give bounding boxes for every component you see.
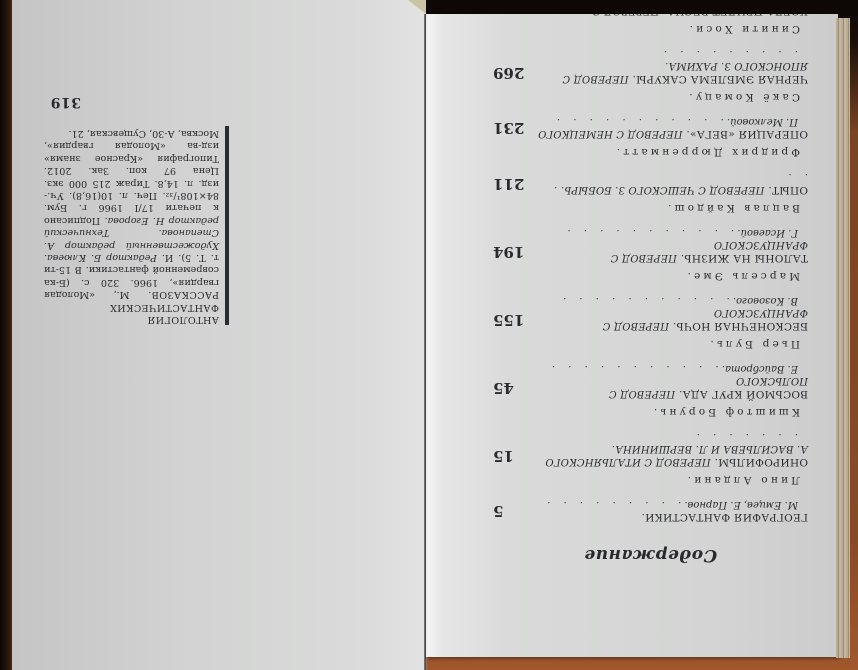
page-edges [836, 18, 850, 658]
folded-page-corner [408, 0, 426, 14]
toc-entry-title: ТАЛОНЫ НА ЖИЗНЬ. Перевод с французского [535, 238, 808, 264]
photo-scene: 319 АНТОЛОГИЯ ФАНТАСТИЧЕСКИХ РАССКАЗОВ. … [0, 0, 858, 670]
toc-entry: БЕСКОНЕЧНАЯ НОЧЬ. Перевод с французского… [493, 294, 808, 332]
gutter-highlight [427, 14, 443, 657]
toc-entry-credit: Е. Вайсброта. . . . . . . . . . . . [535, 362, 808, 374]
toc-author: Синити Хоси. [493, 23, 800, 35]
right-page-rotated-content: Содержание ГЕОГРАФИЯ ФАНТАСТИКИ. М. Емце… [426, 14, 838, 657]
colophon: АНТОЛОГИЯ ФАНТАСТИЧЕСКИХ РАССКАЗОВ. М., … [44, 127, 229, 326]
toc-author: Вацлав Кайдош. [493, 202, 800, 214]
toc-author: Сакё Комацу. [493, 91, 800, 103]
toc-page-number: 45 [493, 379, 514, 397]
toc-entry: ОПЫТ. Перевод с чешского З. Бобырь. . . … [493, 170, 808, 196]
toc-page-number: 211 [493, 175, 524, 193]
left-page-rotated-content: 319 АНТОЛОГИЯ ФАНТАСТИЧЕСКИХ РАССКАЗОВ. … [12, 0, 426, 670]
toc-page-number: 5 [493, 502, 503, 520]
toc-entry: ТАЛОНЫ НА ЖИЗНЬ. Перевод с французского … [493, 226, 808, 264]
toc-author: Кшиштоф Борунь. [493, 406, 800, 418]
toc-entry-credit: Г. Исаевой. . . . . . . . . . . . [535, 226, 808, 238]
toc-heading: Содержание [493, 545, 808, 565]
toc-entry-title: ОНИРОФИЛЬМ. Перевод с итальянского А. Ва… [535, 442, 808, 468]
toc-author: Пьер Буль. [493, 338, 800, 350]
toc-page-number: 155 [493, 311, 524, 329]
toc-entry-title: ГЕОГРАФИЯ ФАНТАСТИКИ. [535, 510, 808, 523]
toc-page-number: 15 [493, 447, 514, 465]
toc-entry: ГЕОГРАФИЯ ФАНТАСТИКИ. М. Емцев, Е. Парно… [493, 498, 808, 523]
toc-entry-credit: П. Мелковой. . . . . . . . . . . . [535, 115, 808, 127]
right-page: Содержание ГЕОГРАФИЯ ФАНТАСТИКИ. М. Емце… [426, 14, 838, 657]
page-number: 319 [50, 94, 81, 110]
toc-entry: КОГДА ПРИДЕТ ВЕСНА. Перевод с японского … [493, 14, 808, 17]
toc-entry-credit: В. Козового. . . . . . . . . . . . [535, 294, 808, 306]
toc-entry: ОНИРОФИЛЬМ. Перевод с итальянского А. Ва… [493, 430, 808, 468]
toc-author: Марсель Эме. [493, 270, 800, 282]
toc-entry-title: КОГДА ПРИДЕТ ВЕСНА. Перевод с японского [535, 14, 808, 17]
toc-entry-credit: М. Емцев, Е. Парнов. . . . . . . . . . [535, 498, 808, 510]
toc-page-number: 231 [493, 119, 524, 137]
toc-author: Лино Алдани. [493, 474, 800, 486]
toc-entry-title: ВОСЬМОЙ КРУГ АДА. Перевод с польского [535, 374, 808, 400]
toc-entry: ОПЕРАЦИЯ «ВЕГА». Перевод с немецкого П. … [493, 115, 808, 140]
toc-entry-title: БЕСКОНЕЧНАЯ НОЧЬ. Перевод с французского [535, 306, 808, 332]
toc-entry-credit: . . . . . . . . . [535, 47, 808, 59]
colophon-line: Типография «Красное знамя» изд-ва «Молод… [44, 128, 219, 164]
toc-entry-credit: . . . . . . . [535, 430, 808, 442]
toc-entry-title: ОПЕРАЦИЯ «ВЕГА». Перевод с немецкого [535, 127, 808, 140]
left-page: 319 АНТОЛОГИЯ ФАНТАСТИЧЕСКИХ РАССКАЗОВ. … [12, 0, 426, 670]
table-of-contents: Содержание ГЕОГРАФИЯ ФАНТАСТИКИ. М. Емце… [493, 14, 808, 565]
toc-page-number: 269 [493, 64, 524, 82]
toc-entry-title: ОПЫТ. Перевод с чешского З. Бобырь. . . … [535, 170, 808, 196]
toc-entry-title: ЧЕРНАЯ ЭМБЛЕМА САКУРЫ. Перевод с японско… [535, 59, 808, 85]
toc-entry: ЧЕРНАЯ ЭМБЛЕМА САКУРЫ. Перевод с японско… [493, 47, 808, 85]
toc-entry: ВОСЬМОЙ КРУГ АДА. Перевод с польского Е.… [493, 362, 808, 400]
toc-page-number: 194 [493, 243, 524, 261]
toc-author: Фридрих Дюрренматт. [493, 146, 800, 158]
